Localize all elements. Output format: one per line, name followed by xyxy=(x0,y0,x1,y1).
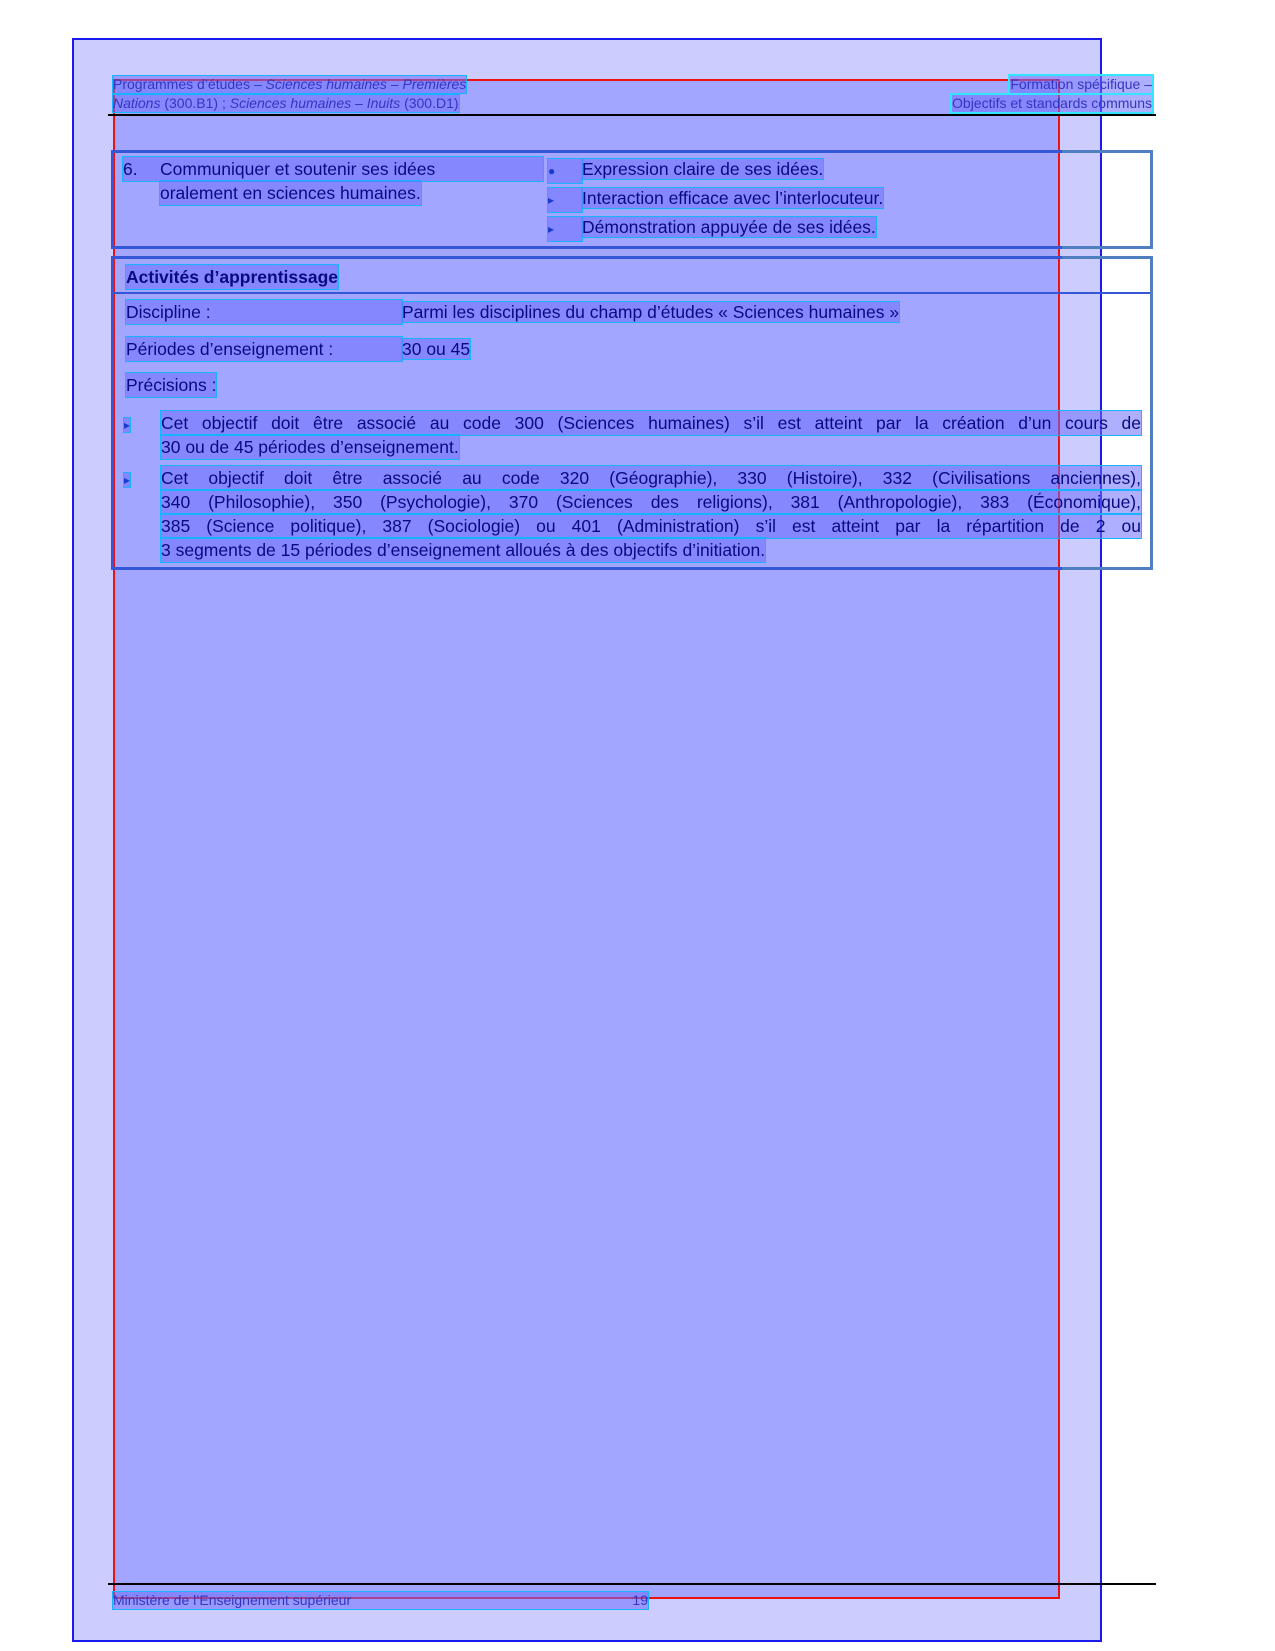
bullet-icon: ● xyxy=(548,159,582,183)
header-text: (300.D1) xyxy=(400,95,458,111)
header-left-line2: Nations (300.B1) ; Sciences humaines – I… xyxy=(113,95,459,112)
header-left-line1: Programmes d’études – Sciences humaines … xyxy=(113,76,466,93)
discipline-value: Parmi les disciplines du champ d’études … xyxy=(402,302,899,322)
bullet-icon: ▸ xyxy=(124,418,130,432)
bullet-icon: ▸ xyxy=(548,217,582,241)
precision-item: Cet objectif doit être associé au code 3… xyxy=(161,466,1141,562)
standard-text: Démonstration appuyée de ses idées. xyxy=(582,217,876,237)
bullet-icon: ▸ xyxy=(548,188,582,212)
heading-divider xyxy=(114,292,1150,294)
standard-item: ▸Interaction efficace avec l’interlocute… xyxy=(548,186,883,212)
header-text-italic: Nations xyxy=(113,95,160,111)
page-number: 19 xyxy=(632,1592,648,1609)
precision-line: 30 ou de 45 périodes d’enseignement. xyxy=(161,435,459,459)
header-text-italic: Premières xyxy=(403,76,467,92)
header-sep: – xyxy=(351,95,367,111)
precision-line: Cet objectif doit être associé au code 3… xyxy=(161,411,1141,435)
header-text: Programmes d’études xyxy=(113,76,250,92)
standard-item: ●Expression claire de ses idées. xyxy=(548,157,823,183)
header-text-italic: Inuits xyxy=(367,95,400,111)
precision-item: Cet objectif doit être associé au code 3… xyxy=(161,411,1141,459)
header-right-line1: Formation spécifique – xyxy=(1010,76,1152,93)
standard-item: ▸Démonstration appuyée de ses idées. xyxy=(548,215,876,241)
header-rule xyxy=(108,114,1156,116)
discipline-label: Discipline : xyxy=(126,300,402,324)
standard-text: Expression claire de ses idées. xyxy=(582,159,823,179)
objective-title-line2: oralement en sciences humaines. xyxy=(160,181,421,205)
objective-title: Communiquer et soutenir ses idées xyxy=(160,159,435,179)
header-sep: – xyxy=(387,76,403,92)
objective-number: 6. xyxy=(123,157,160,181)
precision-line: 3 segments de 15 périodes d’enseignement… xyxy=(161,538,765,562)
precision-line: 340 (Philosophie), 350 (Psychologie), 37… xyxy=(161,490,1141,514)
header-text-italic: Sciences humaines xyxy=(266,76,387,92)
discipline-row: Discipline :Parmi les disciplines du cha… xyxy=(126,300,899,324)
precision-line: 385 (Science politique), 387 (Sociologie… xyxy=(161,514,1141,538)
precision-line: Cet objectif doit être associé au code 3… xyxy=(161,466,1141,490)
objective-title-line1: 6.Communiquer et soutenir ses idées xyxy=(123,157,543,181)
precisions-label: Précisions : xyxy=(126,373,216,397)
periods-value: 30 ou 45 xyxy=(402,339,470,359)
periods-label: Périodes d’enseignement : xyxy=(126,337,402,361)
footer-ministry: Ministère de l’Enseignement supérieur xyxy=(113,1592,351,1608)
bullet-icon: ▸ xyxy=(124,473,130,487)
header-text-italic: Sciences humaines xyxy=(230,95,351,111)
activities-heading: Activités d’apprentissage xyxy=(126,265,338,289)
footer-rule xyxy=(108,1583,1156,1585)
header-text: (300.B1) ; xyxy=(160,95,229,111)
footer-line: Ministère de l’Enseignement supérieur 19 xyxy=(113,1592,648,1609)
header-sep: – xyxy=(250,76,266,92)
standard-text: Interaction efficace avec l’interlocuteu… xyxy=(582,188,883,208)
periods-row: Périodes d’enseignement :30 ou 45 xyxy=(126,337,470,361)
header-right-line2: Objectifs et standards communs xyxy=(952,95,1152,112)
